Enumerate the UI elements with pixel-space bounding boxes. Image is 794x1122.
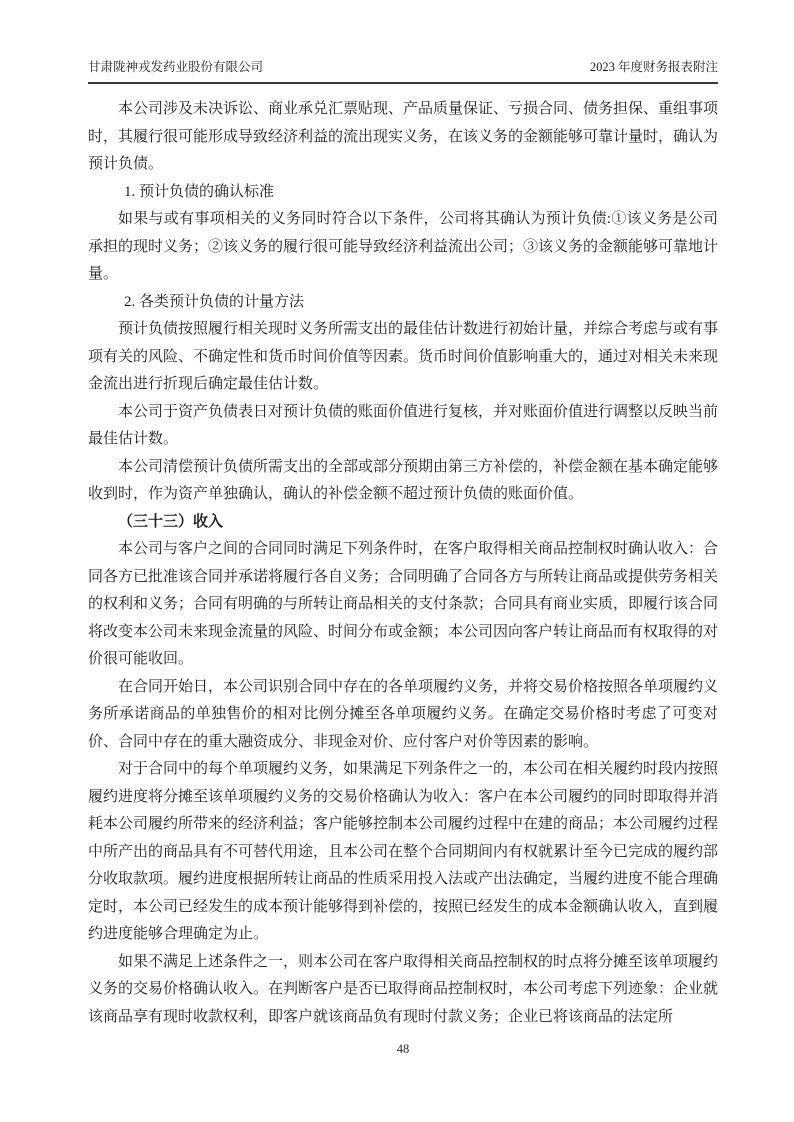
paragraph: 本公司与客户之间的合同同时满足下列条件时，在客户取得相关商品控制权时确认收入：合… — [88, 536, 718, 674]
report-title: 2023 年度财务报表附注 — [590, 57, 718, 75]
company-name: 甘肃陇神戎发药业股份有限公司 — [88, 57, 263, 75]
paragraph: 本公司涉及未决诉讼、商业承兑汇票贴现、产品质量保证、亏损合同、债务担保、重组事项… — [88, 96, 718, 179]
document-page: { "header": { "company": "甘肃陇神戎发药业股份有限公司… — [0, 0, 794, 1122]
paragraph: 2. 各类预计负债的计量方法 — [88, 289, 718, 317]
paragraph: 本公司清偿预计负债所需支出的全部或部分预期由第三方补偿的，补偿金额在基本确定能够… — [88, 454, 718, 509]
paragraph: 预计负债按照履行相关现时义务所需支出的最佳估计数进行初始计量，并综合考虑与或有事… — [88, 316, 718, 399]
paragraph: 本公司于资产负债表日对预计负债的账面价值进行复核，并对账面价值进行调整以反映当前… — [88, 399, 718, 454]
paragraph: 如果与或有事项相关的义务同时符合以下条件，公司将其确认为预计负债:①该义务是公司… — [88, 206, 718, 289]
paragraph: 在合同开始日，本公司识别合同中存在的各单项履约义务，并将交易价格按照各单项履约义… — [88, 674, 718, 757]
section-heading: （三十三）收入 — [88, 509, 718, 537]
page-number: 48 — [397, 1042, 410, 1056]
paragraph: 1. 预计负债的确认标准 — [88, 179, 718, 207]
page-footer: 48 — [88, 1042, 718, 1057]
document-body: 本公司涉及未决诉讼、商业承兑汇票贴现、产品质量保证、亏损合同、债务担保、重组事项… — [88, 96, 718, 1031]
paragraph: 对于合同中的每个单项履约义务，如果满足下列条件之一的，本公司在相关履约时段内按照… — [88, 756, 718, 949]
page-header: 甘肃陇神戎发药业股份有限公司 2023 年度财务报表附注 — [88, 57, 718, 84]
paragraph: 如果不满足上述条件之一，则本公司在客户取得相关商品控制权的时点将分摊至该单项履约… — [88, 949, 718, 1032]
